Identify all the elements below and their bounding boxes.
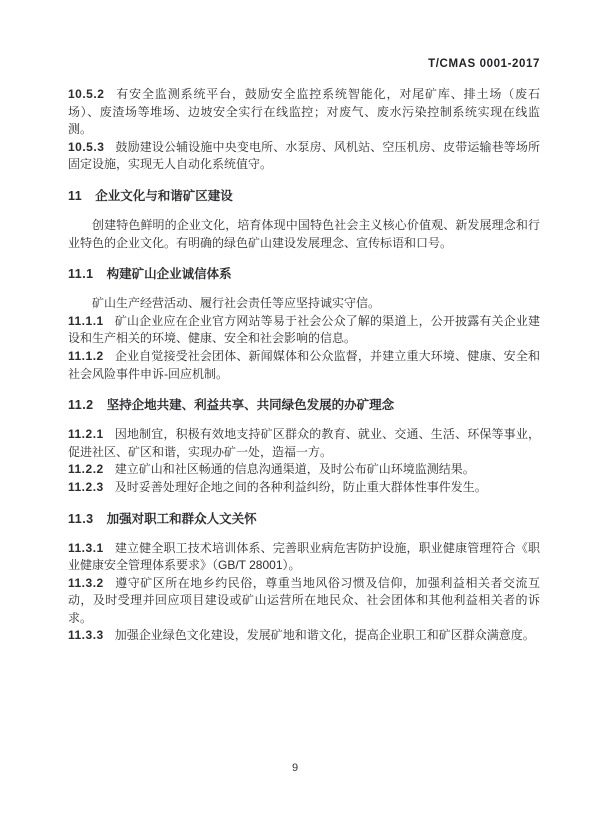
- clause-number: 11.3.2: [68, 576, 104, 590]
- body-text: 矿山生产经营活动、履行社会责任等应坚持诚实守信。: [92, 296, 380, 310]
- clause-number: 11.1.1: [68, 314, 104, 328]
- clause-number: 11.2.3: [68, 480, 104, 494]
- body-text: 建立健全职工技术培训体系、完善职业病危害防护设施，职业健康管理符合《职业健康安全…: [68, 541, 540, 573]
- section-heading: 11.1构建矿山企业诚信体系: [68, 265, 540, 283]
- clause-paragraph: 10.5.3鼓励建设公辅设施中央变电所、水泵房、风机站、空压机房、皮带运输巷等场…: [68, 139, 540, 174]
- document-page: T/CMAS 0001-2017 10.5.2有安全监测系统平台，鼓励安全监控系…: [0, 0, 590, 822]
- clause-paragraph: 11.1.1矿山企业应在企业官方网站等易于社会公众了解的渠道上，公开披露有关企业…: [68, 313, 540, 348]
- body-text: 因地制宜，积极有效地支持矿区群众的教育、就业、交通、生活、环保等事业，促进社区、…: [68, 427, 540, 459]
- section-title: 坚持企地共建、利益共享、共同绿色发展的办矿理念: [107, 398, 395, 412]
- section-title: 构建矿山企业诚信体系: [107, 267, 232, 281]
- clause-paragraph: 11.2.2建立矿山和社区畅通的信息沟通渠道，及时公布矿山环境监测结果。: [68, 461, 540, 479]
- section-title: 企业文化与和谐矿区建设: [95, 189, 233, 203]
- clause-number: 11.3.3: [68, 628, 104, 642]
- standard-code-header: T/CMAS 0001-2017: [68, 58, 540, 70]
- body-text: 创建特色鲜明的企业文化，培育体现中国特色社会主义核心价值观、新发展理念和行业特色…: [68, 218, 540, 250]
- section-number: 11: [68, 189, 82, 203]
- clause-paragraph: 11.2.3及时妥善处理好企地之间的各种利益纠纷，防止重大群体性事件发生。: [68, 479, 540, 497]
- section-heading: 11企业文化与和谐矿区建设: [68, 187, 540, 205]
- body-text: 建立矿山和社区畅通的信息沟通渠道，及时公布矿山环境监测结果。: [115, 462, 475, 476]
- paragraph: 创建特色鲜明的企业文化，培育体现中国特色社会主义核心价值观、新发展理念和行业特色…: [68, 217, 540, 252]
- section-title: 加强对职工和群众人文关怀: [107, 512, 257, 526]
- clause-number: 11.2.1: [68, 427, 104, 441]
- clause-paragraph: 11.2.1因地制宜，积极有效地支持矿区群众的教育、就业、交通、生活、环保等事业…: [68, 426, 540, 461]
- body-text: 鼓励建设公辅设施中央变电所、水泵房、风机站、空压机房、皮带运输巷等场所固定设施，…: [68, 140, 540, 172]
- clause-number: 10.5.3: [68, 140, 104, 154]
- paragraph: 矿山生产经营活动、履行社会责任等应坚持诚实守信。: [68, 295, 540, 313]
- clause-number: 11.3.1: [68, 541, 104, 555]
- section-number: 11.2: [68, 398, 94, 412]
- page-number: 9: [0, 762, 590, 774]
- clause-paragraph: 10.5.2有安全监测系统平台，鼓励安全监控系统智能化，对尾矿库、排土场（废石场…: [68, 86, 540, 139]
- clause-paragraph: 11.1.2企业自觉接受社会团体、新闻媒体和公众监督，并建立重大环境、健康、安全…: [68, 348, 540, 383]
- body-text: 及时妥善处理好企地之间的各种利益纠纷，防止重大群体性事件发生。: [115, 480, 487, 494]
- clause-number: 11.1.2: [68, 349, 104, 363]
- clause-number: 10.5.2: [68, 87, 104, 101]
- clause-paragraph: 11.3.1建立健全职工技术培训体系、完善职业病危害防护设施，职业健康管理符合《…: [68, 540, 540, 575]
- clause-paragraph: 11.3.2遵守矿区所在地乡约民俗，尊重当地风俗习惯及信仰，加强利益相关者交流互…: [68, 575, 540, 628]
- body-text: 加强企业绿色文化建设，发展矿地和谐文化，提高企业职工和矿区群众满意度。: [115, 628, 535, 642]
- section-heading: 11.2坚持企地共建、利益共享、共同绿色发展的办矿理念: [68, 396, 540, 414]
- section-number: 11.3: [68, 512, 94, 526]
- body-text: 企业自觉接受社会团体、新闻媒体和公众监督，并建立重大环境、健康、安全和社会风险事…: [68, 349, 540, 381]
- clause-paragraph: 11.3.3加强企业绿色文化建设，发展矿地和谐文化，提高企业职工和矿区群众满意度…: [68, 627, 540, 645]
- clause-number: 11.2.2: [68, 462, 104, 476]
- body-text: 矿山企业应在企业官方网站等易于社会公众了解的渠道上，公开披露有关企业建设和生产相…: [68, 314, 540, 346]
- document-body: 10.5.2有安全监测系统平台，鼓励安全监控系统智能化，对尾矿库、排土场（废石场…: [68, 86, 540, 645]
- body-text: 遵守矿区所在地乡约民俗，尊重当地风俗习惯及信仰，加强利益相关者交流互动，及时受理…: [68, 576, 540, 625]
- section-heading: 11.3加强对职工和群众人文关怀: [68, 510, 540, 528]
- section-number: 11.1: [68, 267, 94, 281]
- body-text: 有安全监测系统平台，鼓励安全监控系统智能化，对尾矿库、排土场（废石场）、废渣场等…: [68, 87, 540, 136]
